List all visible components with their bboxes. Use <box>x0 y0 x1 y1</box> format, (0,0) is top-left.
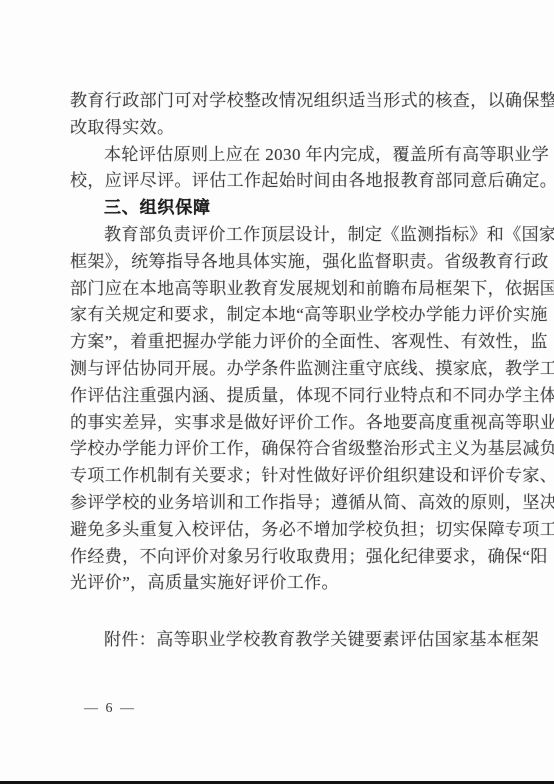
text-line: 作评估注重强内涵、提质量，体现不同行业特点和不同办学主体 <box>70 383 494 410</box>
text-line: 专项工作机制有关要求；针对性做好评价组织建设和评价专家、 <box>70 463 494 490</box>
text-line: 光评价”，高质量实施好评价工作。 <box>70 570 494 597</box>
text-line: 方案”，着重把握办学能力评价的全面性、客观性、有效性，监 <box>70 329 494 356</box>
text-line: 测与评估协同开展。办学条件监测注重守底线、摸家底，教学工 <box>70 356 494 383</box>
text-line: 框架》，统筹指导各地具体实施，强化监督职责。省级教育行政 <box>70 249 494 276</box>
text-line: 学校办学能力评价工作，确保符合省级整治形式主义为基层减负 <box>70 436 494 463</box>
text-line: 作经费，不向评价对象另行收取费用；强化纪律要求，确保“阳 <box>70 544 494 571</box>
attachment-note: 附件：高等职业学校教育教学关键要素评估国家基本框架 <box>70 627 494 654</box>
text-line: 校，应评尽评。评估工作起始时间由各地报教育部同意后确定。 <box>70 168 494 195</box>
text-line: 家有关规定和要求，制定本地“高等职业学校办学能力评价实施 <box>70 302 494 329</box>
text-line: 教育行政部门可对学校整改情况组织适当形式的核查，以确保整 <box>70 88 494 115</box>
document-page: 教育行政部门可对学校整改情况组织适当形式的核查，以确保整 改取得实效。 本轮评估… <box>0 0 554 784</box>
text-line: 改取得实效。 <box>70 115 494 142</box>
text-line: 避免多头重复入校评估，务必不增加学校负担；切实保障专项工 <box>70 517 494 544</box>
section-heading-organizational-guarantee: 三、组织保障 <box>70 195 494 222</box>
page-number: — 6 — <box>84 700 136 718</box>
document-body: 教育行政部门可对学校整改情况组织适当形式的核查，以确保整 改取得实效。 本轮评估… <box>70 88 494 654</box>
text-line: 参评学校的业务培训和工作指导；遵循从简、高效的原则，坚决 <box>70 490 494 517</box>
text-line: 本轮评估原则上应在 2030 年内完成，覆盖所有高等职业学 <box>70 142 494 169</box>
text-line: 的事实差异，实事求是做好评价工作。各地要高度重视高等职业 <box>70 410 494 437</box>
text-line: 教育部负责评价工作顶层设计，制定《监测指标》和《国家 <box>70 222 494 249</box>
text-line: 部门应在本地高等职业教育发展规划和前瞻布局框架下，依据国 <box>70 276 494 303</box>
